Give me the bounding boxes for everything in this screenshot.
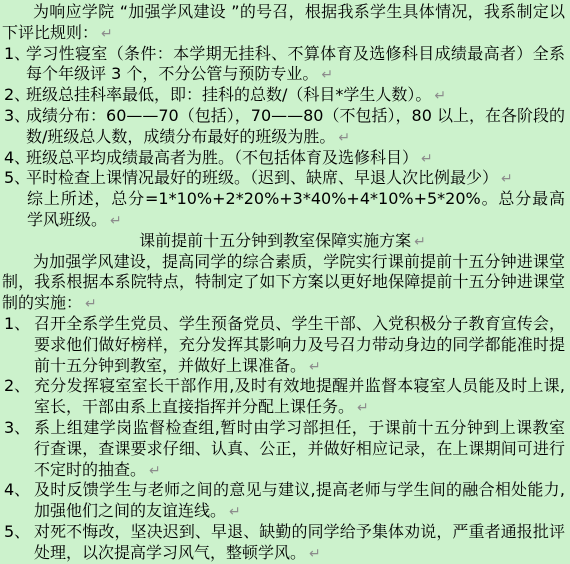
text-line: 3、系上组建学岗监督检查组,暂时由学习部担任，于课前十五分钟到上课教室进	[0, 418, 565, 439]
paragraph-mark-icon: ↵	[501, 171, 513, 187]
text-line: 制，我系根据本系院特点，特制定了如下方案以更好地保障提前十五分钟进课堂	[0, 272, 565, 293]
line-text: 成绩分布：60——70（包括），70——80（不包括），80 以上，在各阶段的人	[26, 106, 565, 127]
text-line: 为加强学风建设，提高同学的综合素质，学院实行课前提前十五分钟进课堂	[0, 252, 565, 273]
list-item-number: 3、	[4, 106, 30, 127]
line-text: 处理，以次提高学习风气，整顿学风。	[34, 543, 306, 562]
line-text: 行查课，查课要求仔细、认真、公正，并做好相应记录，在上课期间可进行	[34, 439, 565, 458]
list-item-number: 3、	[4, 418, 30, 439]
list-item-number: 4、	[4, 148, 30, 169]
document-page: 为响应学院 “加强学风建设 ”的号召，根据我系学生具体情况，我系制定以下评比规则…	[0, 0, 570, 564]
paragraph-mark-icon: ↵	[357, 400, 369, 416]
line-text: 召开全系学生党员、学生预备党员、学生干部、入党积极分子教育宣传会，	[34, 314, 565, 333]
paragraph-mark-icon: ↵	[309, 359, 321, 375]
text-line: 3、成绩分布：60——70（包括），70——80（不包括），80 以上，在各阶段…	[0, 106, 565, 127]
section-heading: 课前提前十五分钟到教室保障实施方案↵	[0, 231, 565, 252]
line-text: 下评比规则：	[2, 23, 98, 42]
list-item-number: 1、	[4, 44, 30, 65]
text-line: 2、充分发挥寝室室长干部作用,及时有效地提醒并监督本寝室人员能及时上课,	[0, 376, 565, 397]
line-text: 加强他们之间的友谊连线。	[34, 501, 226, 520]
text-line: 前十五分钟到教室，并做好上课准备。↵	[0, 356, 565, 377]
text-line: 1、召开全系学生党员、学生预备党员、学生干部、入党积极分子教育宣传会，	[0, 314, 565, 335]
line-text: 要求他们做好榜样，充分发挥其影响力及号召力带动身边的同学都能准时提	[34, 335, 565, 354]
list-item-number: 2、	[4, 85, 30, 106]
text-line: 1、学习性寝室（条件：本学期无挂科、不算体育及选修科目成绩最高者）全系	[0, 44, 565, 65]
list-item-number: 5、	[4, 168, 30, 189]
line-text: 系上组建学岗监督检查组,暂时由学习部担任，于课前十五分钟到上课教室进	[34, 418, 565, 439]
line-text: 制，我系根据本系院特点，特制定了如下方案以更好地保障提前十五分钟进课堂	[2, 272, 565, 291]
paragraph-mark-icon: ↵	[110, 213, 122, 229]
text-line: 数/班级总人数，成绩分布最好的班级为胜。↵	[0, 127, 565, 148]
line-text: 制的实施：	[2, 293, 82, 312]
line-text: 为加强学风建设，提高同学的综合素质，学院实行课前提前十五分钟进课堂	[33, 252, 565, 271]
paragraph-mark-icon: ↵	[414, 234, 426, 250]
text-line: 5、平时检查上课情况最好的班级。（迟到、缺席、早退人次比例最少）↵	[0, 168, 565, 189]
paragraph-mark-icon: ↵	[149, 463, 161, 479]
text-line: 综上所述，总分=1*10%+2*20%+3*40%+4*10%+5*20%。总分…	[0, 189, 565, 210]
paragraph-mark-icon: ↵	[321, 67, 333, 83]
paragraph-mark-icon: ↵	[229, 504, 241, 520]
line-text: 学风班级。	[27, 210, 107, 229]
text-line: 每个年级评 3 个，不分公管与预防专业。↵	[0, 64, 565, 85]
list-item-number: 2、	[4, 376, 30, 397]
text-line: 4、及时反馈学生与老师之间的意见与建议,提高老师与学生间的融合相处能力,	[0, 480, 565, 501]
text-line: 加强他们之间的友谊连线。↵	[0, 501, 565, 522]
line-text: 前十五分钟到教室，并做好上课准备。	[34, 356, 306, 375]
text-line: 学风班级。↵	[0, 210, 565, 231]
text-line: 不定时的抽查。↵	[0, 460, 565, 481]
line-text: 班级总平均成绩最高者为胜。（不包括体育及选修科目）	[26, 148, 418, 167]
paragraph-mark-icon: ↵	[101, 26, 113, 42]
text-line: 2、班级总挂科率最低，即：挂科的总数/（科目*学生人数）。↵	[0, 85, 565, 106]
text-line: 制的实施：↵	[0, 293, 565, 314]
paragraph-mark-icon: ↵	[309, 546, 321, 562]
list-item-number: 1、	[4, 314, 30, 335]
text-line: 行查课，查课要求仔细、认真、公正，并做好相应记录，在上课期间可进行	[0, 439, 565, 460]
line-text: 学习性寝室（条件：本学期无挂科、不算体育及选修科目成绩最高者）全系	[26, 44, 565, 63]
paragraph-mark-icon: ↵	[338, 130, 350, 146]
paragraph-mark-icon: ↵	[434, 88, 446, 104]
line-text: 对死不悔改，坚决迟到、早退、缺勤的同学给予集体劝说，严重者通报批评	[34, 522, 565, 541]
list-item-number: 5、	[4, 522, 30, 543]
line-text: 充分发挥寝室室长干部作用,及时有效地提醒并监督本寝室人员能及时上课,	[34, 376, 565, 395]
list-item-number: 4、	[4, 480, 30, 501]
paragraph-mark-icon: ↵	[85, 296, 97, 312]
line-text: 每个年级评 3 个，不分公管与预防专业。	[26, 64, 318, 83]
text-line: 处理，以次提高学习风气，整顿学风。↵	[0, 543, 565, 564]
line-text: 为响应学院 “加强学风建设 ”的号召，根据我系学生具体情况，我系制定以	[33, 2, 565, 21]
text-line: 4、班级总平均成绩最高者为胜。（不包括体育及选修科目）↵	[0, 148, 565, 169]
line-text: 综上所述，总分=1*10%+2*20%+3*40%+4*10%+5*20%。总分…	[27, 189, 565, 210]
text-line: 5、对死不悔改，坚决迟到、早退、缺勤的同学给予集体劝说，严重者通报批评	[0, 522, 565, 543]
line-text: 及时反馈学生与老师之间的意见与建议,提高老师与学生间的融合相处能力,	[34, 480, 565, 499]
line-text: 数/班级总人数，成绩分布最好的班级为胜。	[26, 127, 335, 146]
text-line: 为响应学院 “加强学风建设 ”的号召，根据我系学生具体情况，我系制定以	[0, 2, 565, 23]
line-text: 平时检查上课情况最好的班级。（迟到、缺席、早退人次比例最少）	[26, 168, 498, 187]
line-text: 课前提前十五分钟到教室保障实施方案	[139, 231, 411, 250]
line-text: 班级总挂科率最低，即：挂科的总数/（科目*学生人数）。	[26, 85, 431, 104]
text-line: 要求他们做好榜样，充分发挥其影响力及号召力带动身边的同学都能准时提	[0, 335, 565, 356]
line-text: 不定时的抽查。	[34, 460, 146, 479]
text-line: 下评比规则：↵	[0, 23, 565, 44]
line-text: 室长，干部由系上直接指挥并分配上课任务。	[34, 397, 354, 416]
text-line: 室长，干部由系上直接指挥并分配上课任务。↵	[0, 397, 565, 418]
paragraph-mark-icon: ↵	[421, 151, 433, 167]
